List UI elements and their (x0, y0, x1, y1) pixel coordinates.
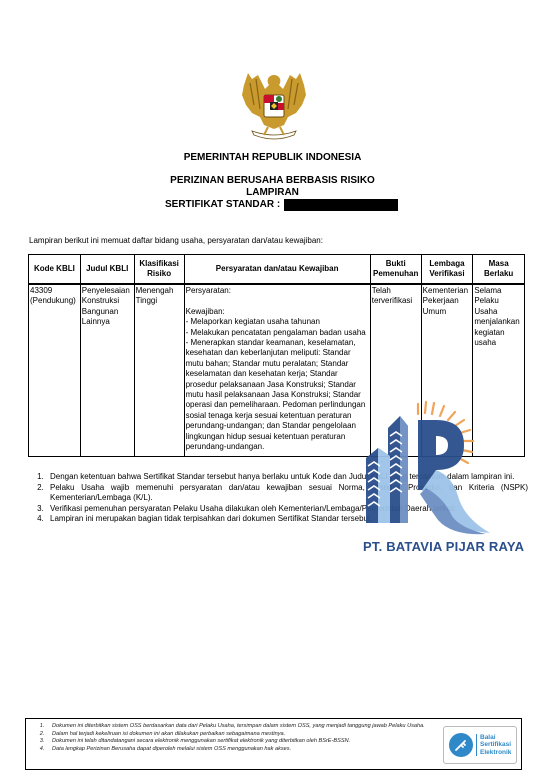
footer-note: Dokumen ini diterbitkan sistem OSS berda… (46, 723, 426, 731)
column-header: Bukti Pemenuhan (370, 255, 421, 285)
government-title: PEMERINTAH REPUBLIK INDONESIA (0, 152, 545, 164)
footer-note: Data lengkap Perizinan Berusaha dapat di… (46, 746, 426, 754)
company-name: PT. BATAVIA PIJAR RAYA (363, 539, 524, 554)
key-icon (449, 733, 473, 757)
kewajiban-item: - Melakukan pencatatan pengalaman badan … (186, 328, 369, 338)
certificate-number-redacted (284, 199, 398, 211)
document-subtitle: LAMPIRAN (0, 187, 545, 199)
persyaratan-cell: Persyaratan: Kewajiban: - Melaporkan keg… (184, 284, 370, 456)
footer-note: Dokumen ini telah ditandatangani secara … (46, 738, 426, 746)
column-header: Masa Berlaku (473, 255, 525, 285)
kewajiban-label: Kewajiban: (186, 307, 369, 317)
footer-note: Dalam hal terjadi kekeliruan isi dokumen… (46, 731, 426, 739)
document-title: PERIZINAN BERUSAHA BERBASIS RISIKO (0, 175, 545, 187)
company-logo-icon (360, 398, 500, 543)
column-header: Judul KBLI (80, 255, 134, 285)
bsre-label: Balai Sertifikasi Elektronik (476, 734, 511, 757)
risiko-cell: Menengah Tinggi (134, 284, 184, 456)
kewajiban-item: - Menerapkan standar keamanan, keselamat… (186, 338, 369, 452)
bsre-logo: Balai Sertifikasi Elektronik (443, 726, 517, 764)
footer-box: Dokumen ini diterbitkan sistem OSS berda… (25, 718, 522, 770)
judul-kbli-cell: Penyelesaian Konstruksi Bangunan Lainnya (80, 284, 134, 456)
intro-text: Lampiran berikut ini memuat daftar bidan… (29, 236, 323, 245)
column-header: Kode KBLI (29, 255, 81, 285)
column-header: Persyaratan dan/atau Kewajiban (184, 255, 370, 285)
table-header-row: Kode KBLI Judul KBLI Klasifikasi Risiko … (29, 255, 525, 285)
persyaratan-label: Persyaratan: (186, 286, 369, 296)
garuda-emblem-icon (238, 65, 310, 147)
certificate-label: SERTIFIKAT STANDAR : (165, 199, 280, 211)
kode-kbli-cell: 43309 (Pendukung) (29, 284, 81, 456)
certificate-line: SERTIFIKAT STANDAR : (165, 199, 398, 211)
kewajiban-item: - Melaporkan kegiatan usaha tahunan (186, 317, 369, 327)
column-header: Klasifikasi Risiko (134, 255, 184, 285)
column-header: Lembaga Verifikasi (421, 255, 473, 285)
